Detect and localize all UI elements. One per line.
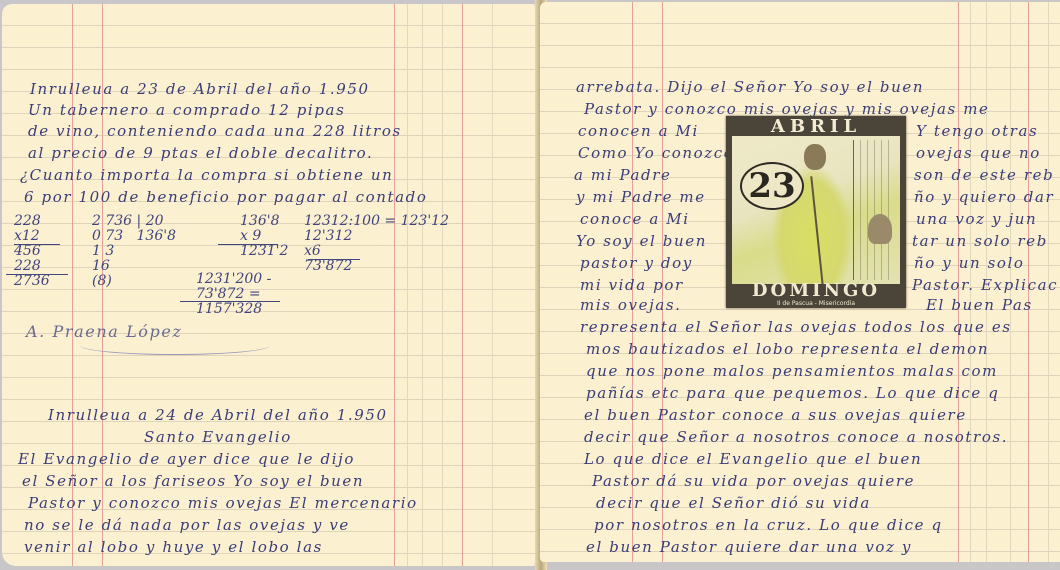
text-line: el buen Pastor conoce a sus ovejas quier…: [584, 406, 967, 424]
calc-division: 2 736 | 20 0 73 136'8 1 3 16 (8): [92, 214, 176, 289]
door-illustration: [853, 140, 894, 280]
text-line: y mi Padre me: [576, 188, 706, 206]
text-line: mi vida por: [580, 276, 684, 294]
text-line: pañías etc para que pequemos. Lo que dic…: [586, 384, 999, 402]
text-line: conoce a Mi: [580, 210, 690, 228]
text-line: ovejas que no: [916, 144, 1041, 162]
text-line: al precio de 9 ptas el doble decalitro.: [28, 144, 373, 162]
text-line: Pastor y conozco mis ovejas El mercenari…: [28, 494, 418, 512]
text-line: Y tengo otras: [916, 122, 1038, 140]
text-line: el buen Pastor quiere dar una voz y: [586, 538, 912, 556]
text-line: Pastor dá su vida por ovejas quiere: [592, 472, 915, 490]
text-line: Como Yo conozco: [578, 144, 734, 162]
calc-product: 136'8 x 9 1231'2: [240, 214, 288, 259]
calendar-card: ABRIL 23 DOMINGO II de Pascua - Miserico…: [726, 116, 906, 308]
text-line: una voz y jun: [916, 210, 1037, 228]
calc-multiplication: 228 x12 456 228 2736: [14, 214, 50, 289]
text-line: a mi Padre: [574, 166, 672, 184]
figure-head-icon: [804, 144, 826, 170]
entry-heading: Inrulleua a 24 de Abril del año 1.950: [48, 406, 388, 424]
text-line: Lo que dice el Evangelio que el buen: [584, 450, 922, 468]
text-line: 6 por 100 de beneficio por pagar al cont…: [24, 188, 428, 206]
text-line: El buen Pas: [926, 296, 1033, 314]
column-line: [442, 4, 443, 566]
entry-subheading: Santo Evangelio: [144, 428, 292, 446]
plant-pot-illustration: [868, 214, 892, 244]
calc-percent: 12312:100 = 123'12 12'312 x6 73'872: [304, 214, 449, 274]
text-line: no se le dá nada por las ovejas y ve: [24, 516, 350, 534]
text-line: por nosotros en la cruz. Lo que dice q: [594, 516, 943, 534]
text-line: arrebata. Dijo el Señor Yo soy el buen: [576, 78, 924, 96]
text-line: decir que Señor a nosotros conoce a noso…: [584, 428, 1008, 446]
text-line: el Señor a los fariseos Yo soy el buen: [22, 472, 364, 490]
margin-line: [462, 4, 463, 566]
calendar-day: 23: [740, 162, 804, 210]
column-line: [407, 4, 408, 566]
column-line: [422, 4, 423, 566]
entry-heading: Inrulleua a 23 de Abril del año 1.950: [30, 80, 370, 98]
text-line: son de este reb: [914, 166, 1054, 184]
calc-subtraction: 1231'200 - 73'872 = 1157'328: [196, 272, 271, 317]
calc-rule: [6, 274, 68, 275]
text-line: ño y un solo: [914, 254, 1025, 272]
column-line: [492, 4, 493, 566]
text-line: Un tabernero a comprado 12 pipas: [28, 101, 345, 119]
calendar-illustration: 23: [732, 136, 900, 284]
calc-rule: [180, 301, 280, 302]
calc-rule: [218, 244, 278, 245]
text-line: Pastor. Explicac: [912, 276, 1058, 294]
calendar-month: ABRIL: [726, 116, 906, 136]
text-line: ño y quiero dar: [914, 188, 1054, 206]
signature-flourish: [80, 336, 270, 355]
text-line: representa el Señor las ovejas todos los…: [580, 318, 1012, 336]
margin-line: [394, 4, 395, 566]
right-page: arrebata. Dijo el Señor Yo soy el buen P…: [540, 2, 1060, 562]
text-line: de vino, conteniendo cada una 228 litros: [28, 122, 402, 140]
text-line: pastor y doy: [580, 254, 693, 272]
calc-rule: [14, 244, 60, 245]
calc-rule: [308, 259, 360, 260]
text-line: decir que el Señor dió su vida: [596, 494, 871, 512]
text-line: mis ovejas.: [580, 296, 682, 314]
text-line: El Evangelio de ayer dice que le dijo: [18, 450, 355, 468]
text-line: conocen a Mi: [578, 122, 699, 140]
text-line: Yo soy el buen: [576, 232, 707, 250]
text-line: mos bautizados el lobo representa el dem…: [586, 340, 989, 358]
text-line: que nos pone malos pensamientos malas co…: [586, 362, 998, 380]
text-line: ¿Cuanto importa la compra si obtiene un: [20, 166, 393, 184]
text-line: tar un solo reb: [912, 232, 1048, 250]
text-line: venir al lobo y huye y el lobo las: [24, 538, 323, 556]
left-page: Inrulleua a 23 de Abril del año 1.950 Un…: [2, 4, 535, 566]
calendar-weekday: DOMINGO: [726, 282, 906, 300]
calendar-caption: II de Pascua - Misericordia: [726, 300, 906, 308]
